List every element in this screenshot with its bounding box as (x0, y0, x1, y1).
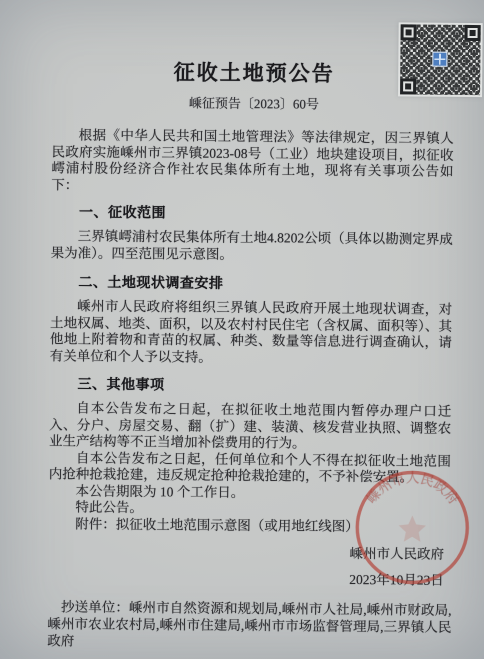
issuing-authority: 嵊州市人民政府 (48, 542, 444, 563)
qr-finder-bottom-left-icon (400, 78, 416, 94)
document-photo: 征收土地预公告 嵊征预告〔2023〕60号 根据《中华人民共和国土地管理法》等法… (0, 0, 484, 659)
document-number: 嵊征预告〔2023〕60号 (52, 92, 456, 115)
section-2-paragraph: 嵊州市人民政府将组织三界镇人民政府开展土地现状调查，对土地权属、地类、面积，以及… (50, 298, 453, 368)
document-title: 征收土地预公告 (52, 57, 456, 89)
qr-finder-top-right-icon (465, 25, 481, 41)
section-1-heading: 一、征收范围 (51, 203, 455, 223)
attachment-line: 附件：拟征收土地范围示意图（或用地红线图） (48, 516, 450, 536)
document-page: 征收土地预公告 嵊征预告〔2023〕60号 根据《中华人民共和国土地管理法》等法… (0, 0, 484, 659)
section-3-paragraph-2: 自本公告发布之日起，任何单位和个人不得在拟征收土地范围内抢种抢栽抢建，违反规定抢… (49, 450, 451, 487)
section-1-paragraph: 三界镇嶀浦村农民集体所有土地4.8202公顷（具体以勘测定界成果为准）。四至范围… (51, 228, 453, 265)
qr-center-logo-icon (432, 52, 447, 67)
section-3-heading: 三、其他事项 (49, 375, 453, 395)
section-3-paragraph-1: 自本公告发布之日起，在拟征收土地范围内暂停办理户口迁入、分户、房屋交易、翻（扩）… (49, 400, 451, 453)
cc-units-line: 抄送单位：嵊州市自然资源和规划局,嵊州市人社局,嵊州市财政局,嵊州市农业农村局,… (47, 598, 451, 653)
section-2-heading: 二、土地现状调查安排 (50, 273, 454, 293)
signature-block: 嵊州市人民政府 2023年10月23日 (48, 542, 452, 590)
qr-finder-top-left-icon (401, 24, 417, 40)
issue-date: 2023年10月23日 (48, 568, 444, 589)
intro-paragraph: 根据《中华人民共和国土地管理法》等法律规定，因三界镇人民政府实施嵊州市三界镇20… (51, 127, 454, 197)
qr-code (398, 22, 483, 97)
